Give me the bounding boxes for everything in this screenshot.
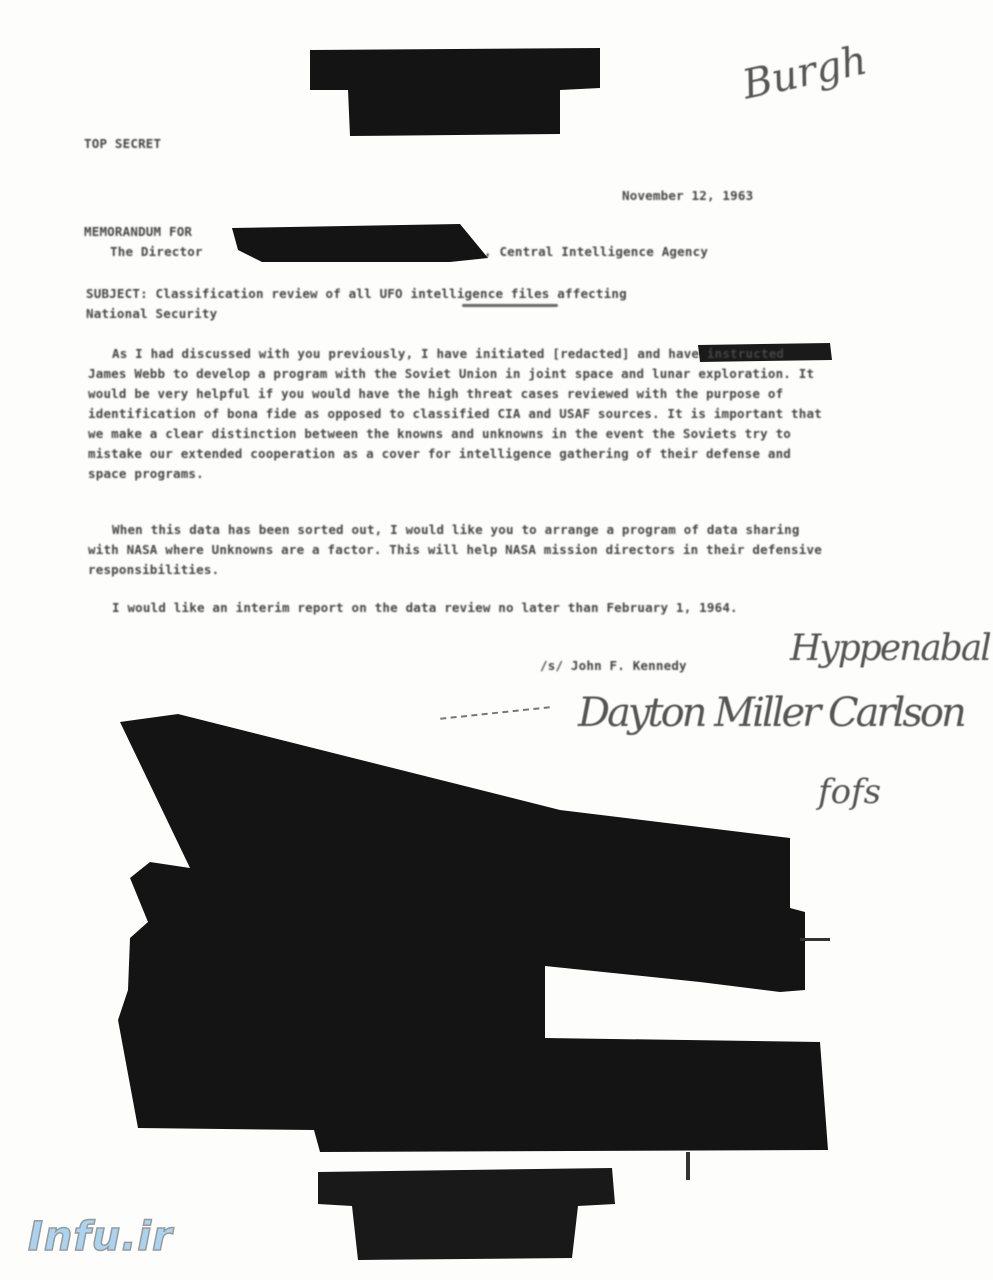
lower-redaction	[118, 714, 828, 1152]
paragraph-2: When this data has been sorted out, I wo…	[88, 520, 823, 580]
paragraph-1: As I had discussed with you previously, …	[88, 344, 823, 484]
addressee-agency: , Central Intelligence Agency	[484, 242, 708, 262]
subject-line-1: SUBJECT: Classification review of all UF…	[86, 284, 627, 304]
classification-label: TOP SECRET	[84, 134, 161, 154]
handwritten-underline	[462, 304, 558, 307]
addressee-prefix: The Director	[110, 242, 203, 262]
addressee-label: MEMORANDUM FOR	[84, 222, 192, 242]
header-redaction	[310, 48, 600, 136]
signature-scrawl: Hyppenabal	[790, 628, 990, 669]
footer-redaction	[318, 1168, 615, 1260]
signature-scrawl-2: Dayton Miller Carlson	[578, 690, 964, 736]
watermark-logo: Infu.ir	[28, 1214, 173, 1260]
addressee-redaction	[232, 224, 488, 262]
paragraph-3: I would like an interim report on the da…	[88, 598, 823, 618]
handwritten-initials: fofs	[818, 772, 881, 812]
subject-line-2: National Security	[86, 304, 217, 324]
memo-date: November 12, 1963	[622, 186, 753, 206]
memo-page: TOP SECRET November 12, 1963 MEMORANDUM …	[0, 0, 993, 1280]
signature-line: /s/ John F. Kennedy	[540, 656, 687, 676]
